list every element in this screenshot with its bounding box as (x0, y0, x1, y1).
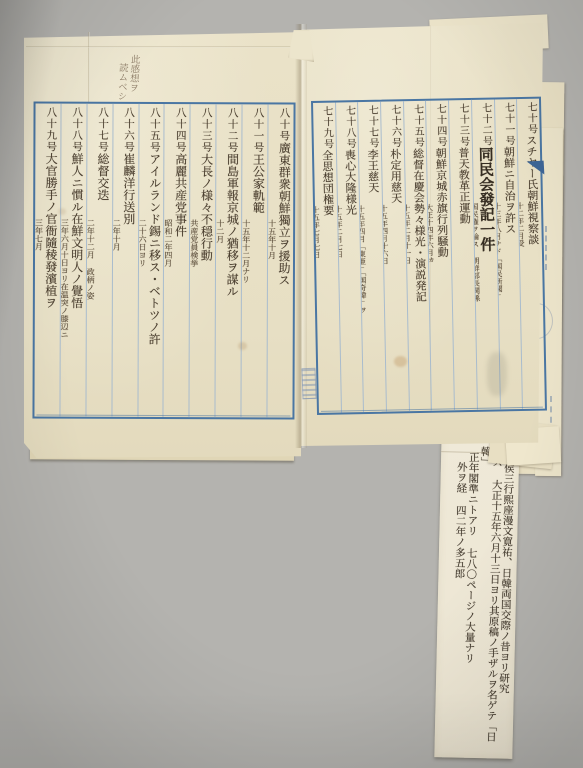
entry-number: 八十四号 (175, 107, 187, 153)
red-annotation-line: 此感想ヲ (126, 54, 140, 102)
entry-title: 大官勝手ノ官衙隨稜發濱植ヲ (44, 153, 59, 309)
entry-title: 普天教革正運動 (457, 147, 471, 224)
entry-note: 三年七月 (34, 219, 42, 415)
entry-note: 二十六日ヨリ (137, 219, 146, 415)
entry-title: 全思想団権要 (321, 150, 335, 216)
entry-number: 七十九号 (321, 106, 333, 150)
entry-title: 高麗共産党事件 (173, 153, 187, 237)
entry-number: 七十六号 (389, 104, 401, 148)
entry-title: 朝鮮ニ自治ヲ許ス (502, 146, 517, 234)
entry-number: 八十二号 (227, 107, 239, 153)
entry-number: 七十二号 (480, 103, 492, 147)
entry-number: 八十六号 (123, 107, 135, 153)
entry-number: 七十一号 (502, 102, 514, 146)
entry-column: 八十二号間島軍報京城ノ猶移ヲ謀ル 十二月 (215, 104, 242, 417)
entry-number: 八十五号 (149, 107, 161, 153)
entry-note: 昭和二年四月 (163, 219, 172, 415)
entry-title: 総督交迭 (96, 153, 110, 201)
entry-number: 八十号 (278, 107, 290, 142)
entry-column: 八十一号王公家軌範 十五年十二月ナリ (241, 104, 268, 417)
entry-number: 七十四号 (434, 103, 446, 147)
entry-title: 王公家軌範 (251, 153, 265, 213)
entry-title: アイルランド錫ニ移ス・ベトツノ許 (147, 153, 162, 345)
entry-title: 朝鮮京城赤旗行列騒動 (434, 147, 449, 257)
entry-column: 八十六号崔麟洋行送別 二年十月 (111, 104, 138, 417)
entry-column: 八十八号鮮人ニ慣ル在鮮文明人ノ覺悟 三年六月十日ヨリ在温突ノ膝辺ニ (59, 104, 86, 417)
entry-column: 八十九号大官勝手ノ官衙隨稜發濱植ヲ 三年七月 (34, 104, 60, 417)
entry-title: 李王慈天 (366, 149, 380, 193)
entry-note: 共産党員検挙 (189, 219, 198, 415)
entry-title: 喪心大隆様光 (343, 149, 357, 215)
entry-column: 八十四号高麗共産党事件 昭和二年四月 (163, 104, 190, 417)
entry-number: 七十号 (525, 102, 537, 135)
entry-title: 朴定用慈天 (389, 148, 403, 203)
entry-number: 八十八号 (71, 107, 83, 153)
entry-note: 二年十月 (111, 219, 120, 415)
entry-title: 総督在慶会勢々様光・演説発記 (411, 148, 427, 302)
entry-number: 八十三号 (201, 107, 213, 153)
entry-number: 七十三号 (457, 103, 469, 147)
entry-number: 七十五号 (412, 104, 424, 148)
entry-title: 間島軍報京城ノ猶移ヲ謀ル (225, 153, 240, 297)
entry-number: 七十八号 (343, 105, 355, 149)
entry-note: 十五年十二月ナリ (241, 219, 250, 415)
entry-number: 七十七号 (366, 105, 378, 149)
entry-title: 大長ノ様々不穏行動 (199, 153, 213, 261)
entry-title: 鮮人ニ慣ル在鮮文明人ノ覺悟 (70, 153, 85, 309)
ledger-table-left: 八十号廣東群衆朝鮮獨立ヲ援助ス 十五年十月 八十一号王公家軌範 十五年十二月ナリ… (32, 102, 295, 420)
entry-note: 三年六月十日ヨリ在温突ノ膝辺ニ (59, 219, 68, 415)
entry-column: 八十七号総督交迭 二年十二月 政柄ノ姿 (85, 104, 112, 417)
blue-corner-mark (527, 161, 545, 176)
entry-title: 崔麟洋行送別 (122, 153, 136, 225)
entry-column: 八十三号大長ノ様々不穏行動 共産党員検挙 (189, 104, 216, 417)
ruled-fragment (545, 226, 547, 270)
entry-title: 廣東群衆朝鮮獨立ヲ援助ス (277, 142, 292, 286)
red-annotation: 此感想ヲ 読ムベシ (115, 53, 140, 101)
entry-note: 十五年十月 (267, 219, 276, 415)
entry-note: 十二月 (215, 219, 224, 415)
paper-slip: 大隈侯三行熙座漫文寛祐、日韓両国交際ノ昔ヨリ研究 覧ス 大正十五年六月十三日ヨリ… (434, 429, 519, 759)
entry-title: スチヤー氏朝鮮視察談 (525, 135, 540, 245)
entry-note: 二年十二月 政柄ノ姿 (85, 219, 94, 415)
entry-column: 八十号廣東群衆朝鮮獨立ヲ援助ス 十五年十月 (267, 104, 294, 417)
entry-column: 八十五号アイルランド錫ニ移ス・ベトツノ許 二十六日ヨリ (137, 104, 164, 417)
entry-number: 八十九号 (45, 107, 57, 153)
entry-number: 八十一号 (252, 107, 264, 153)
ledger-table-right: 七十号スチヤー氏朝鮮視察談 十二年二月受 七十一号朝鮮ニ自治ヲ許ス 十三年八月ナ… (311, 97, 547, 415)
photo-backdrop: 大隈侯三行熙座漫文寛祐、日韓両国交際ノ昔ヨリ研究 覧ス 大正十五年六月十三日ヨリ… (0, 0, 583, 768)
red-annotation-line: 読ムベシ (115, 62, 128, 101)
blue-stamp (301, 368, 316, 399)
entry-number: 八十七号 (97, 107, 109, 153)
ink-smudge (487, 352, 507, 396)
